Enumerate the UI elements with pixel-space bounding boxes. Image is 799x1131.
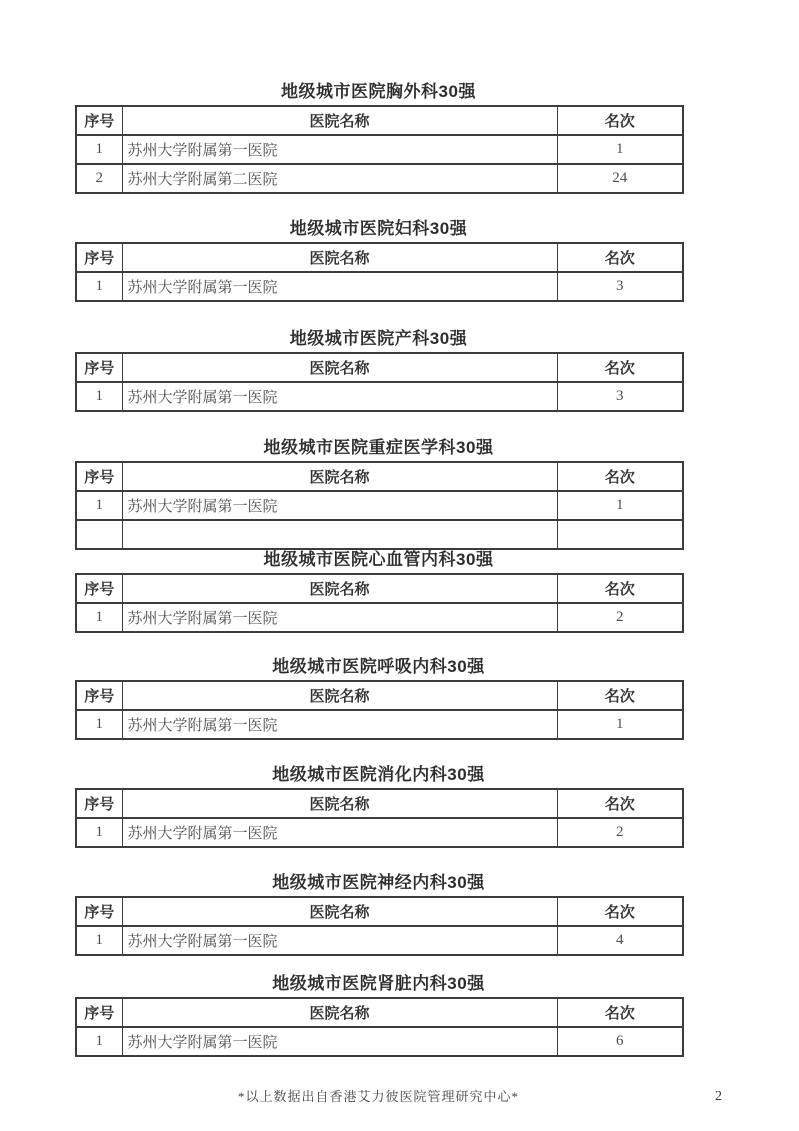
table-title: 地级城市医院产科30强 (75, 329, 682, 349)
header-cell-seq: 序号 (76, 353, 122, 382)
cell-hospital-name: 苏州大学附属第一医院 (122, 710, 557, 739)
ranking-section-nephrology: 地级城市医院肾脏内科30强 序号 医院名称 名次 1 苏州大学附属第一医院 6 (75, 974, 682, 1057)
header-row: 序号 医院名称 名次 (76, 681, 683, 710)
ranking-section-neurology: 地级城市医院神经内科30强 序号 医院名称 名次 1 苏州大学附属第一医院 4 (75, 873, 682, 956)
ranking-section-cardiology: 地级城市医院心血管内科30强 序号 医院名称 名次 1 苏州大学附属第一医院 2 (75, 550, 682, 633)
header-row: 序号 医院名称 名次 (76, 353, 683, 382)
cell-rank: 3 (557, 382, 683, 411)
cell-hospital-name: 苏州大学附属第一医院 (122, 135, 557, 164)
cell-rank: 1 (557, 710, 683, 739)
table-title: 地级城市医院神经内科30强 (75, 873, 682, 893)
cell-rank: 1 (557, 135, 683, 164)
header-cell-rank: 名次 (557, 106, 683, 135)
table-row: 2 苏州大学附属第二医院 24 (76, 164, 683, 193)
cell-hospital-name: 苏州大学附属第一医院 (122, 926, 557, 955)
header-cell-rank: 名次 (557, 243, 683, 272)
ranking-section-gynecology: 地级城市医院妇科30强 序号 医院名称 名次 1 苏州大学附属第一医院 3 (75, 219, 682, 302)
cell-rank: 24 (557, 164, 683, 193)
cell-seq: 1 (76, 1027, 122, 1056)
ranking-table: 序号 医院名称 名次 1 苏州大学附属第一医院 1 (75, 461, 684, 550)
header-cell-rank: 名次 (557, 353, 683, 382)
header-row: 序号 医院名称 名次 (76, 897, 683, 926)
header-cell-seq: 序号 (76, 574, 122, 603)
header-cell-seq: 序号 (76, 243, 122, 272)
cell-hospital-name: 苏州大学附属第二医院 (122, 164, 557, 193)
ranking-section-critical-care: 地级城市医院重症医学科30强 序号 医院名称 名次 1 苏州大学附属第一医院 1 (75, 438, 682, 550)
header-row: 序号 医院名称 名次 (76, 789, 683, 818)
header-row: 序号 医院名称 名次 (76, 574, 683, 603)
table-title: 地级城市医院妇科30强 (75, 219, 682, 239)
cell-rank: 2 (557, 603, 683, 632)
cell-seq (76, 520, 122, 549)
header-cell-name: 医院名称 (122, 789, 557, 818)
table-row: 1 苏州大学附属第一医院 1 (76, 135, 683, 164)
header-row: 序号 医院名称 名次 (76, 462, 683, 491)
table-row: 1 苏州大学附属第一医院 3 (76, 272, 683, 301)
header-cell-name: 医院名称 (122, 681, 557, 710)
cell-seq: 1 (76, 710, 122, 739)
header-row: 序号 医院名称 名次 (76, 106, 683, 135)
cell-seq: 1 (76, 135, 122, 164)
cell-hospital-name: 苏州大学附属第一医院 (122, 382, 557, 411)
ranking-section-obstetrics: 地级城市医院产科30强 序号 医院名称 名次 1 苏州大学附属第一医院 3 (75, 329, 682, 412)
table-row: 1 苏州大学附属第一医院 1 (76, 491, 683, 520)
table-row: 1 苏州大学附属第一医院 3 (76, 382, 683, 411)
header-cell-name: 医院名称 (122, 897, 557, 926)
header-cell-rank: 名次 (557, 574, 683, 603)
header-cell-seq: 序号 (76, 462, 122, 491)
cell-rank (557, 520, 683, 549)
table-title: 地级城市医院呼吸内科30强 (75, 657, 682, 677)
cell-hospital-name: 苏州大学附属第一医院 (122, 272, 557, 301)
cell-seq: 1 (76, 926, 122, 955)
cell-rank: 2 (557, 818, 683, 847)
cell-seq: 2 (76, 164, 122, 193)
table-title: 地级城市医院消化内科30强 (75, 765, 682, 785)
header-cell-name: 医院名称 (122, 243, 557, 272)
header-cell-seq: 序号 (76, 998, 122, 1027)
data-source-footnote: *以上数据出自香港艾力彼医院管理研究中心* (75, 1088, 682, 1106)
header-cell-seq: 序号 (76, 789, 122, 818)
table-row: 1 苏州大学附属第一医院 1 (76, 710, 683, 739)
cell-hospital-name: 苏州大学附属第一医院 (122, 1027, 557, 1056)
header-cell-rank: 名次 (557, 789, 683, 818)
cell-rank: 4 (557, 926, 683, 955)
ranking-table: 序号 医院名称 名次 1 苏州大学附属第一医院 2 (75, 788, 684, 848)
header-row: 序号 医院名称 名次 (76, 243, 683, 272)
header-cell-rank: 名次 (557, 998, 683, 1027)
ranking-section-gastroenterology: 地级城市医院消化内科30强 序号 医院名称 名次 1 苏州大学附属第一医院 2 (75, 765, 682, 848)
table-row: 1 苏州大学附属第一医院 6 (76, 1027, 683, 1056)
cell-hospital-name: 苏州大学附属第一医院 (122, 491, 557, 520)
header-cell-name: 医院名称 (122, 106, 557, 135)
ranking-table: 序号 医院名称 名次 1 苏州大学附属第一医院 2 (75, 573, 684, 633)
cell-hospital-name: 苏州大学附属第一医院 (122, 603, 557, 632)
header-cell-seq: 序号 (76, 681, 122, 710)
ranking-table: 序号 医院名称 名次 1 苏州大学附属第一医院 3 (75, 242, 684, 302)
header-cell-name: 医院名称 (122, 574, 557, 603)
table-row: 1 苏州大学附属第一医院 2 (76, 818, 683, 847)
cell-seq: 1 (76, 818, 122, 847)
table-row-empty (76, 520, 683, 549)
page-content: 地级城市医院胸外科30强 序号 医院名称 名次 1 苏州大学附属第一医院 1 (75, 82, 682, 1106)
header-cell-rank: 名次 (557, 462, 683, 491)
ranking-table: 序号 医院名称 名次 1 苏州大学附属第一医院 6 (75, 997, 684, 1057)
table-row: 1 苏州大学附属第一医院 2 (76, 603, 683, 632)
ranking-section-respiratory: 地级城市医院呼吸内科30强 序号 医院名称 名次 1 苏州大学附属第一医院 1 (75, 657, 682, 740)
header-cell-rank: 名次 (557, 897, 683, 926)
table-title: 地级城市医院心血管内科30强 (75, 550, 682, 570)
cell-seq: 1 (76, 491, 122, 520)
document-page: 地级城市医院胸外科30强 序号 医院名称 名次 1 苏州大学附属第一医院 1 (0, 0, 799, 1131)
cell-hospital-name (122, 520, 557, 549)
cell-rank: 1 (557, 491, 683, 520)
header-cell-seq: 序号 (76, 106, 122, 135)
cell-rank: 3 (557, 272, 683, 301)
cell-rank: 6 (557, 1027, 683, 1056)
table-title: 地级城市医院胸外科30强 (75, 82, 682, 102)
cell-seq: 1 (76, 272, 122, 301)
page-number: 2 (715, 1088, 722, 1106)
cell-hospital-name: 苏州大学附属第一医院 (122, 818, 557, 847)
table-row: 1 苏州大学附属第一医院 4 (76, 926, 683, 955)
header-cell-name: 医院名称 (122, 462, 557, 491)
header-cell-seq: 序号 (76, 897, 122, 926)
header-cell-name: 医院名称 (122, 353, 557, 382)
table-title: 地级城市医院重症医学科30强 (75, 438, 682, 458)
ranking-table: 序号 医院名称 名次 1 苏州大学附属第一医院 1 2 苏州大学附属第二医院 2… (75, 105, 684, 194)
ranking-table: 序号 医院名称 名次 1 苏州大学附属第一医院 4 (75, 896, 684, 956)
ranking-table: 序号 医院名称 名次 1 苏州大学附属第一医院 1 (75, 680, 684, 740)
cell-seq: 1 (76, 382, 122, 411)
ranking-table: 序号 医院名称 名次 1 苏州大学附属第一医院 3 (75, 352, 684, 412)
header-row: 序号 医院名称 名次 (76, 998, 683, 1027)
table-title: 地级城市医院肾脏内科30强 (75, 974, 682, 994)
page-footer: *以上数据出自香港艾力彼医院管理研究中心* 2 (75, 1088, 682, 1106)
cell-seq: 1 (76, 603, 122, 632)
header-cell-name: 医院名称 (122, 998, 557, 1027)
header-cell-rank: 名次 (557, 681, 683, 710)
ranking-section-thoracic-surgery: 地级城市医院胸外科30强 序号 医院名称 名次 1 苏州大学附属第一医院 1 (75, 82, 682, 194)
